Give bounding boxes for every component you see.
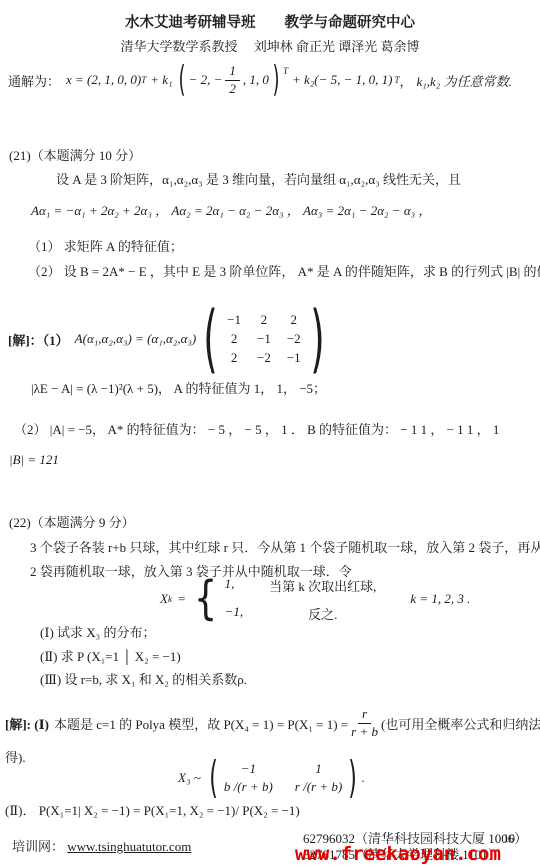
page-number: 10 bbox=[503, 831, 515, 846]
problem22-p1: 3 个袋子各装 r+b 只球，其中红球 r 只．今从第 1 个袋子随机取一球，放… bbox=[30, 537, 540, 556]
matrix-cell: −1 bbox=[227, 312, 241, 328]
solution22-pre: 本题是 c=1 的 Polya 模型，故 P(X₄ = 1) = P(X₁ = … bbox=[54, 714, 348, 733]
matrix-cell: −1 bbox=[287, 350, 301, 366]
footer-left-label: 培训网： bbox=[12, 839, 64, 854]
problem21-heading: (21)（本题满分 10 分） bbox=[9, 145, 141, 164]
matrix-cell: −1 bbox=[241, 761, 256, 777]
fraction-numerator: r bbox=[358, 707, 371, 723]
left-brace: { bbox=[194, 579, 217, 618]
matrix-3x3: −1 2 2 2 −1 −2 2 −2 −1 bbox=[225, 312, 303, 366]
matrix-cell: r /(r + b) bbox=[295, 779, 342, 795]
matrix-cell: −2 bbox=[257, 350, 271, 366]
problem22-q3: (Ⅲ) 设 r=b, 求 X₁ 和 X₂ 的相关系数ρ. bbox=[40, 669, 247, 688]
equals-sign: = bbox=[178, 591, 185, 607]
matrix-left-paren: ( bbox=[203, 308, 217, 371]
solution-vector2-b: , 1, 0 bbox=[243, 72, 269, 88]
problem21-q1: （1） 求矩阵 A 的特征值； bbox=[28, 236, 183, 255]
piecewise-lhs: X bbox=[160, 591, 168, 607]
solution21-line4: |B| = 121 bbox=[9, 452, 59, 468]
distribution-line: X₃ ~ ( −1 1 b /(r + b) r /(r + b) ) . bbox=[178, 756, 365, 800]
solution-k2-term: + k₂(− 5, − 1, 0, 1) bbox=[292, 72, 393, 88]
matrix-cell: 2 bbox=[257, 312, 271, 328]
general-solution-prefix: 通解为： bbox=[8, 71, 60, 90]
case-value: −1, bbox=[225, 604, 244, 623]
problem21-intro: 设 A 是 3 阶矩阵，α₁,α₂,α₃ 是 3 维向量，若向量组 α₁,α₂,… bbox=[56, 169, 461, 188]
left-paren: ( bbox=[178, 65, 185, 96]
right-paren: ) bbox=[272, 65, 279, 96]
solution-tail: k₁,k₂ 为任意常数. bbox=[417, 71, 512, 90]
fraction-r-over-rb: r r + b bbox=[351, 707, 378, 739]
piecewise-definition: Xk = { 1, 当第 k 次取出红球, −1, 反之. k = 1, 2, … bbox=[160, 576, 470, 622]
solution-x-term: x = (2, 1, 0, 0) bbox=[66, 72, 141, 88]
general-solution-line: 通解为： x = (2, 1, 0, 0)T + k₁ ( − 2, − 1 2… bbox=[8, 58, 512, 102]
matrix-cell: −1 bbox=[257, 331, 271, 347]
fraction-denominator: 2 bbox=[229, 81, 236, 96]
matrix-cell: b /(r + b) bbox=[224, 779, 273, 795]
solution22-cont: 得). bbox=[5, 747, 26, 766]
matrix-left-paren: ( bbox=[209, 759, 218, 796]
matrix-right-paren: ) bbox=[348, 759, 357, 796]
case-condition: 反之. bbox=[269, 604, 376, 623]
problem22-q2: (Ⅱ) 求 P (X₁=1 │ X₂ = −1) bbox=[40, 646, 181, 665]
distribution-end: . bbox=[361, 770, 364, 786]
solution22-line1: [解]: (Ⅰ) 本题是 c=1 的 Polya 模型，故 P(X₄ = 1) … bbox=[5, 702, 540, 744]
problem22-q1: (Ⅰ) 试求 X₃ 的分布； bbox=[40, 622, 155, 641]
problem21-relations: Aα₁ = −α₁ + 2α₂ + 2α₃ ， Aα₂ = 2α₁ − α₂ −… bbox=[31, 200, 431, 219]
solution21-line1: [解]：（1） A(α₁,α₂,α₃) = (α₁,α₂,α₃) ( −1 2 … bbox=[8, 303, 332, 375]
solution-k1-term: + k₁ bbox=[150, 72, 172, 88]
solution21-line3: （2） |A| = −5， A* 的特征值为： − 5 ， − 5 ， 1 ． … bbox=[14, 419, 499, 438]
matrix-right-paren: ) bbox=[310, 308, 324, 371]
comma: ， bbox=[399, 71, 412, 90]
case-value: 1, bbox=[225, 576, 244, 595]
matrix-cell: −2 bbox=[287, 331, 301, 347]
tutor-site-link[interactable]: www.tsinghuatutor.com bbox=[67, 839, 191, 854]
piecewise-cases: 1, 当第 k 次取出红球, −1, 反之. bbox=[225, 576, 377, 623]
problem21-q2: （2） 设 B = 2A* − E ，其中 E 是 3 阶单位阵， A* 是 A… bbox=[28, 261, 540, 280]
fraction-one-half: 1 2 bbox=[225, 64, 240, 96]
solution-label: [解]：（1） bbox=[8, 330, 69, 349]
solution22-line-ii: (Ⅱ)． P(X₁=1| X₂ = −1) = P(X₁=1, X₂ = −1)… bbox=[5, 800, 300, 819]
distribution-lhs: X₃ ~ bbox=[178, 770, 201, 786]
piecewise-range: k = 1, 2, 3 . bbox=[410, 591, 470, 607]
fraction-denominator: r + b bbox=[351, 724, 378, 739]
problem22-heading: (22)（本题满分 9 分） bbox=[9, 512, 135, 531]
matrix-cell: 2 bbox=[227, 331, 241, 347]
matrix-cell: 1 bbox=[315, 761, 322, 777]
solution-vector2-a: − 2, − bbox=[189, 72, 223, 88]
page-subtitle: 清华大学数学系教授 刘坤林 俞正光 谭泽光 葛余博 bbox=[0, 36, 540, 55]
solution22-post: (也可用全概率公式和归纳法证 bbox=[381, 714, 540, 733]
distribution-matrix: −1 1 b /(r + b) r /(r + b) bbox=[222, 761, 344, 795]
fraction-numerator: 1 bbox=[225, 64, 240, 80]
matrix-cell: 2 bbox=[227, 350, 241, 366]
document-page: 水木艾迪考研辅导班 教学与命题研究中心 清华大学数学系教授 刘坤林 俞正光 谭泽… bbox=[0, 0, 540, 867]
case-condition: 当第 k 次取出红球, bbox=[269, 576, 376, 595]
solution21-line2: |λE − A| = (λ −1)²(λ + 5)， A 的特征值为 1， 1，… bbox=[31, 378, 326, 397]
page-title: 水木艾迪考研辅导班 教学与命题研究中心 bbox=[0, 11, 540, 32]
footer-left: 培训网： www.tsinghuatutor.com bbox=[12, 836, 191, 855]
solution-label: [解]: (Ⅰ) bbox=[5, 714, 49, 733]
freekaoyan-watermark-link[interactable]: www.freekaoyan.com bbox=[295, 843, 501, 865]
solution21-lhs: A(α₁,α₂,α₃) = (α₁,α₂,α₃) bbox=[75, 331, 197, 347]
matrix-cell: 2 bbox=[287, 312, 301, 328]
